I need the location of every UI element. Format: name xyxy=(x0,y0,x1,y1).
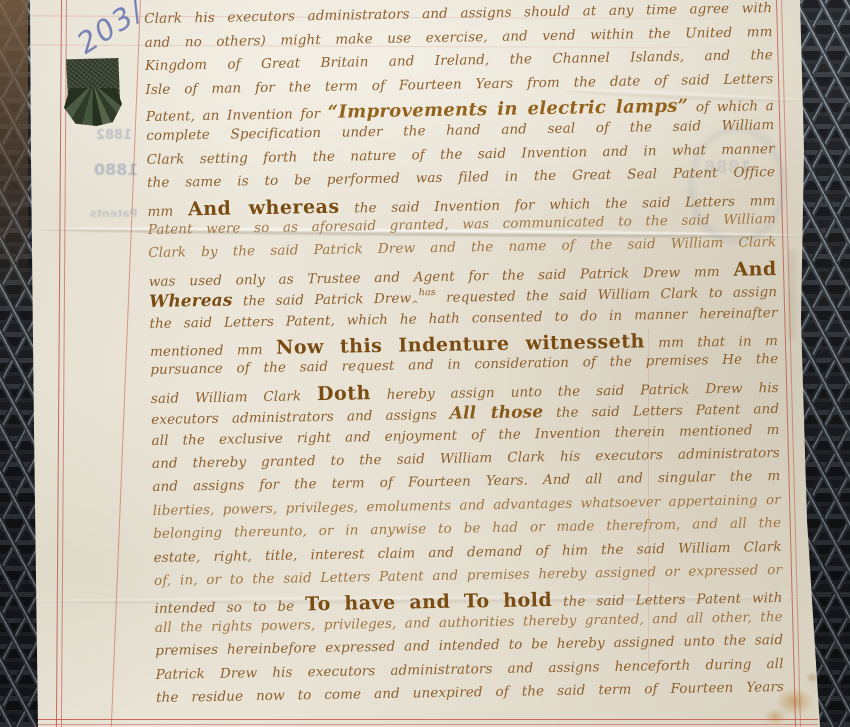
handwritten-text: the said Letters Patent and xyxy=(543,401,779,421)
emphasized-text: Doth xyxy=(317,382,371,405)
handwritten-text: intended so to be xyxy=(154,599,305,618)
text-line: Patrick Drew his executors administrator… xyxy=(156,656,784,683)
handwritten-text: and assigns for the term of Fourteen Yea… xyxy=(152,468,780,495)
emphasized-text: And whereas xyxy=(188,195,340,220)
handwritten-text: liberties, powers, privileges, emolument… xyxy=(153,492,781,519)
handwritten-text: Kingdom of Great Britain and Ireland, th… xyxy=(145,47,773,74)
text-line: Clark setting forth the nature of the sa… xyxy=(147,141,775,168)
text-line: the same is to be performed was filed in… xyxy=(147,164,775,191)
emphasized-text: Whereas xyxy=(149,291,233,312)
text-line: estate, right, title, interest claim and… xyxy=(153,539,781,566)
text-line: liberties, powers, privileges, emolument… xyxy=(153,492,781,519)
handwritten-text: requested the said William Clark to assi… xyxy=(436,284,778,306)
text-line: and thereby granted to the said William … xyxy=(152,445,780,472)
emphasized-text: And xyxy=(733,258,777,281)
handwritten-text: Patent, an Invention for xyxy=(146,106,328,125)
emphasized-text: ^ xyxy=(411,300,419,310)
emphasized-text: To have and To hold xyxy=(305,589,552,615)
handwritten-text: mentioned mm xyxy=(150,342,276,360)
handwritten-text: the said Patrick Drew xyxy=(232,291,411,310)
text-line: Clark his executors administrators and a… xyxy=(144,0,772,27)
text-line: the residue now to come and unexpired of… xyxy=(156,679,784,706)
handwritten-text: Clark by the said Patrick Drew and the n… xyxy=(148,234,776,261)
text-line: and no others) might make use exercise, … xyxy=(144,24,772,51)
handwritten-text: said William Clark xyxy=(151,388,318,407)
bench-edge xyxy=(0,0,28,310)
emphasized-text: All those xyxy=(450,402,544,424)
handwritten-text: premises hereinbefore expressed and inte… xyxy=(155,632,783,659)
text-line: and assigns for the term of Fourteen Yea… xyxy=(152,468,780,495)
handwritten-text: the residue now to come and unexpired of… xyxy=(156,679,784,706)
emphasized-text: has xyxy=(419,287,436,298)
text-line: Isle of man for the term of Fourteen Yea… xyxy=(145,71,773,98)
handwritten-text: belonging thereunto, or in anywise to be… xyxy=(153,515,781,542)
handwritten-text: Clark his executors administrators and a… xyxy=(144,0,772,27)
handwritten-text: of, in, or to the said Letters Patent an… xyxy=(154,562,782,589)
document-text: executors administrators and assigns (or… xyxy=(0,0,850,727)
text-line: Clark by the said Patrick Drew and the n… xyxy=(148,234,776,261)
text-line: belonging thereunto, or in anywise to be… xyxy=(153,515,781,542)
handwritten-text: mm xyxy=(147,203,188,220)
text-line: of, in, or to the said Letters Patent an… xyxy=(154,562,782,589)
handwritten-text: Isle of man for the term of Fourteen Yea… xyxy=(145,71,773,98)
emphasized-text: “Improvements in electric lamps” xyxy=(328,96,689,123)
handwritten-text: and no others) might make use exercise, … xyxy=(144,24,772,51)
handwritten-text: estate, right, title, interest claim and… xyxy=(153,539,781,566)
photo-of-indenture-document: 1882 1880 Patents 1886 203/ executors ad… xyxy=(0,0,850,727)
handwritten-text: and thereby granted to the said William … xyxy=(152,445,780,472)
text-line: Kingdom of Great Britain and Ireland, th… xyxy=(145,47,773,74)
handwritten-text: the said Letters Patent with xyxy=(552,590,783,610)
handwritten-text: mm that in m xyxy=(645,333,778,351)
handwritten-text: of which a xyxy=(688,98,774,115)
handwritten-text: the same is to be performed was filed in… xyxy=(147,164,775,191)
handwritten-text: Clark setting forth the nature of the sa… xyxy=(147,141,775,168)
handwritten-text: Patrick Drew his executors administrator… xyxy=(156,656,784,683)
text-line: premises hereinbefore expressed and inte… xyxy=(155,632,783,659)
handwritten-text: executors administrators and assigns xyxy=(151,407,450,428)
parchment-page: 1882 1880 Patents 1886 203/ executors ad… xyxy=(0,0,850,727)
